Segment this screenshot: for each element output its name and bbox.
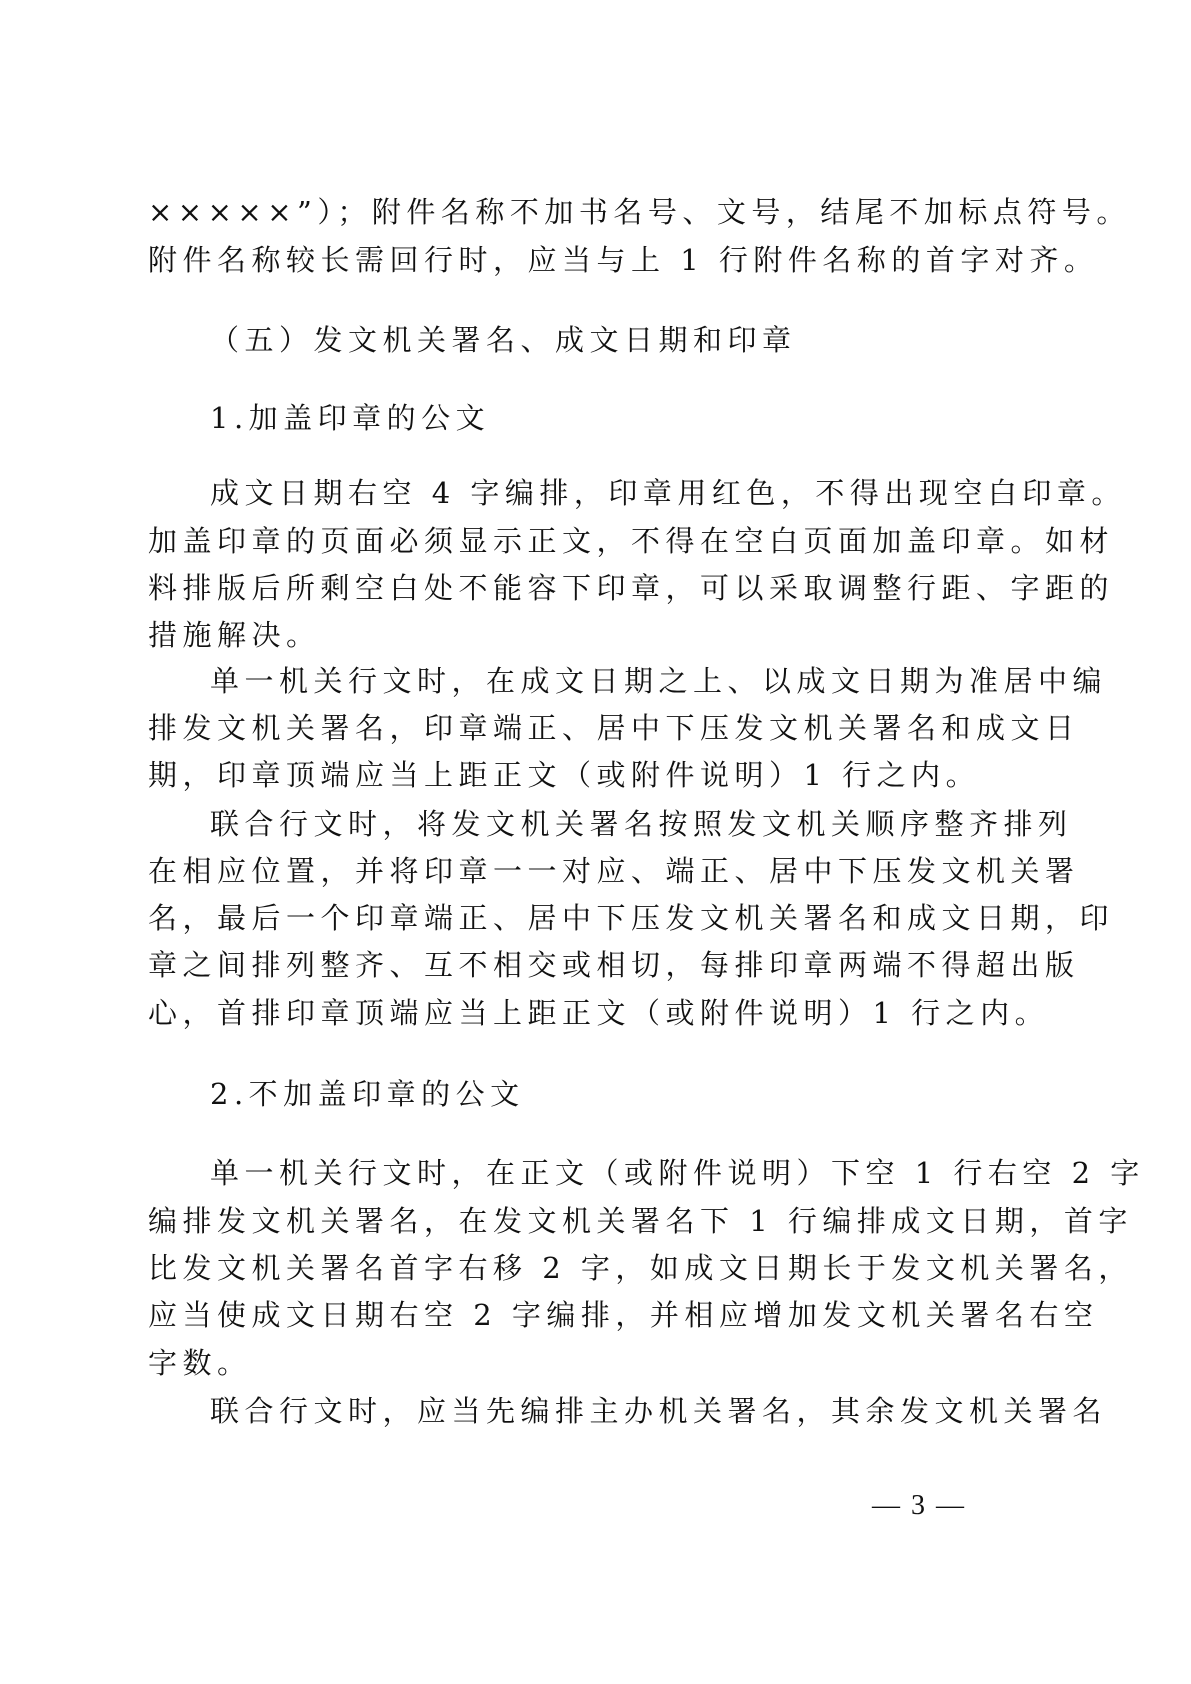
s2-p1-line-2: 编排发文机关署名，在发文机关署名下 1 行编排成文日期，首字 [148, 1203, 978, 1239]
s1-p1-line-1: 成文日期右空 4 字编排，印章用红色，不得出现空白印章。 [210, 475, 980, 511]
s2-p1-line-1: 单一机关行文时，在正文（或附件说明）下空 1 行右空 2 字 [210, 1155, 980, 1191]
s1-p3-line-3: 名，最后一个印章端正、居中下压发文机关署名和成文日期，印 [148, 900, 978, 936]
s1-p3-line-5: 心，首排印章顶端应当上距正文（或附件说明）1 行之内。 [148, 995, 978, 1031]
s1-p1-line-4: 措施解决。 [148, 617, 978, 653]
s1-p1-line-2: 加盖印章的页面必须显示正文，不得在空白页面加盖印章。如材 [148, 523, 978, 559]
continuation-line-1: ×××××”）；附件名称不加书名号、文号，结尾不加标点符号。 [148, 194, 978, 230]
document-page: ×××××”）；附件名称不加书名号、文号，结尾不加标点符号。 附件名称较长需回行… [0, 0, 1191, 1684]
s1-p3-line-2: 在相应位置，并将印章一一对应、端正、居中下压发文机关署 [148, 853, 978, 889]
s1-p3-line-1: 联合行文时，将发文机关署名按照发文机关顺序整齐排列 [210, 806, 980, 842]
s2-p2-line-1: 联合行文时，应当先编排主办机关署名，其余发文机关署名 [210, 1393, 980, 1429]
subsection-1-heading: 1.加盖印章的公文 [210, 400, 980, 436]
s1-p2-line-3: 期，印章顶端应当上距正文（或附件说明）1 行之内。 [148, 757, 978, 793]
subsection-2-heading: 2.不加盖印章的公文 [210, 1076, 980, 1112]
s1-p2-line-2: 排发文机关署名，印章端正、居中下压发文机关署名和成文日 [148, 710, 978, 746]
s1-p1-line-3: 料排版后所剩空白处不能容下印章，可以采取调整行距、字距的 [148, 570, 978, 606]
page-number: — 3 — [872, 1490, 966, 1522]
section-heading: （五）发文机关署名、成文日期和印章 [210, 322, 980, 358]
s1-p3-line-4: 章之间排列整齐、互不相交或相切，每排印章两端不得超出版 [148, 947, 978, 983]
s2-p1-line-4: 应当使成文日期右空 2 字编排，并相应增加发文机关署名右空 [148, 1297, 978, 1333]
s1-p2-line-1: 单一机关行文时，在成文日期之上、以成文日期为准居中编 [210, 663, 980, 699]
continuation-line-2: 附件名称较长需回行时，应当与上 1 行附件名称的首字对齐。 [148, 242, 978, 278]
s2-p1-line-5: 字数。 [148, 1345, 978, 1381]
s2-p1-line-3: 比发文机关署名首字右移 2 字，如成文日期长于发文机关署名， [148, 1250, 978, 1286]
